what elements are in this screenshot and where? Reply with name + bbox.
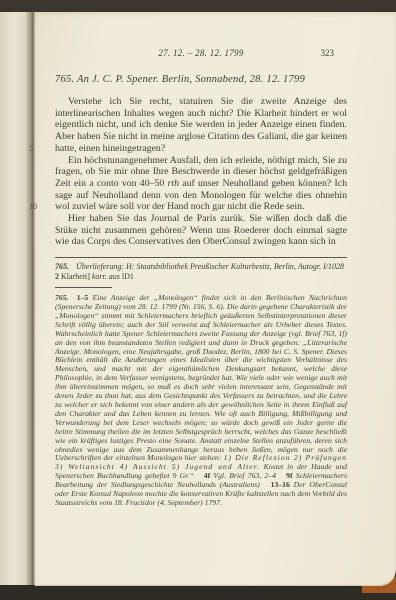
ueberlieferung-text: H: Staatsbibliothek Preußischer Kulturbe… [126,262,344,271]
commentary-separator-rule [55,287,112,288]
letter-paragraph-2: Ein höchstunangenehmer Ausfall, den ich … [55,155,347,214]
variant-lemma: Klarheit] [61,272,90,281]
commentary-ref-4: 13–16 [271,480,290,489]
variant-note: korr. aus [92,272,120,281]
commentary-ref-1: 1–5 [77,293,89,302]
margin-line-number-5: 5 [29,143,33,155]
commentary-ref-2: 4f [204,471,210,480]
letter-paragraph-1: Verstehe ich Sie recht, statuiren Sie di… [55,96,347,155]
variant-line-number: 2 [55,272,59,281]
book-page: 27. 12. – 28. 12. 1799 323 765. An J. C.… [35,12,396,585]
letter-body: 5 10 Verstehe ich Sie recht, statuiren S… [55,96,347,248]
commentary-ref-3: 9f [286,471,292,480]
letter-heading: 765. An J. C. P. Spener. Berlin, Sonnabe… [55,74,347,85]
commentary-text-2: Vgl. Brief 763, 2–4 [213,471,276,480]
page-gutter-edge [0,12,35,585]
ueberlieferung-block: 765. Überlieferung: H: Staatsbibliothek … [55,262,347,282]
commentary-letter-number: 765. [55,293,68,302]
margin-line-number-10: 10 [29,201,37,213]
running-header: 27. 12. – 28. 12. 1799 323 [55,48,347,61]
apparatus-separator-rule [55,257,347,258]
currency-abbreviation: rth [168,178,179,189]
page-text-block: 27. 12. – 28. 12. 1799 323 765. An J. C.… [55,48,347,508]
letter-paragraph-3: Hier haben Sie das Journal de Paris zurü… [55,213,347,248]
header-date-range: 27. 12. – 28. 12. 1799 [55,48,347,58]
variant-reading: lD1 [122,272,134,281]
commentary-block: 765. 1–5 Eine Anzeige der „Monologen“ fi… [55,294,347,508]
apparatus-letter-number: 765. [55,262,69,271]
scanned-book-view: 27. 12. – 28. 12. 1799 323 765. An J. C.… [0,0,396,600]
page-number: 323 [321,48,335,58]
commentary-text-1: Eine Anzeige der „Monologen“ findet sich… [55,293,347,462]
ueberlieferung-label: Überlieferung: [76,262,124,271]
variant-line: 2 Klarheit] korr. aus lD1 [55,272,347,282]
